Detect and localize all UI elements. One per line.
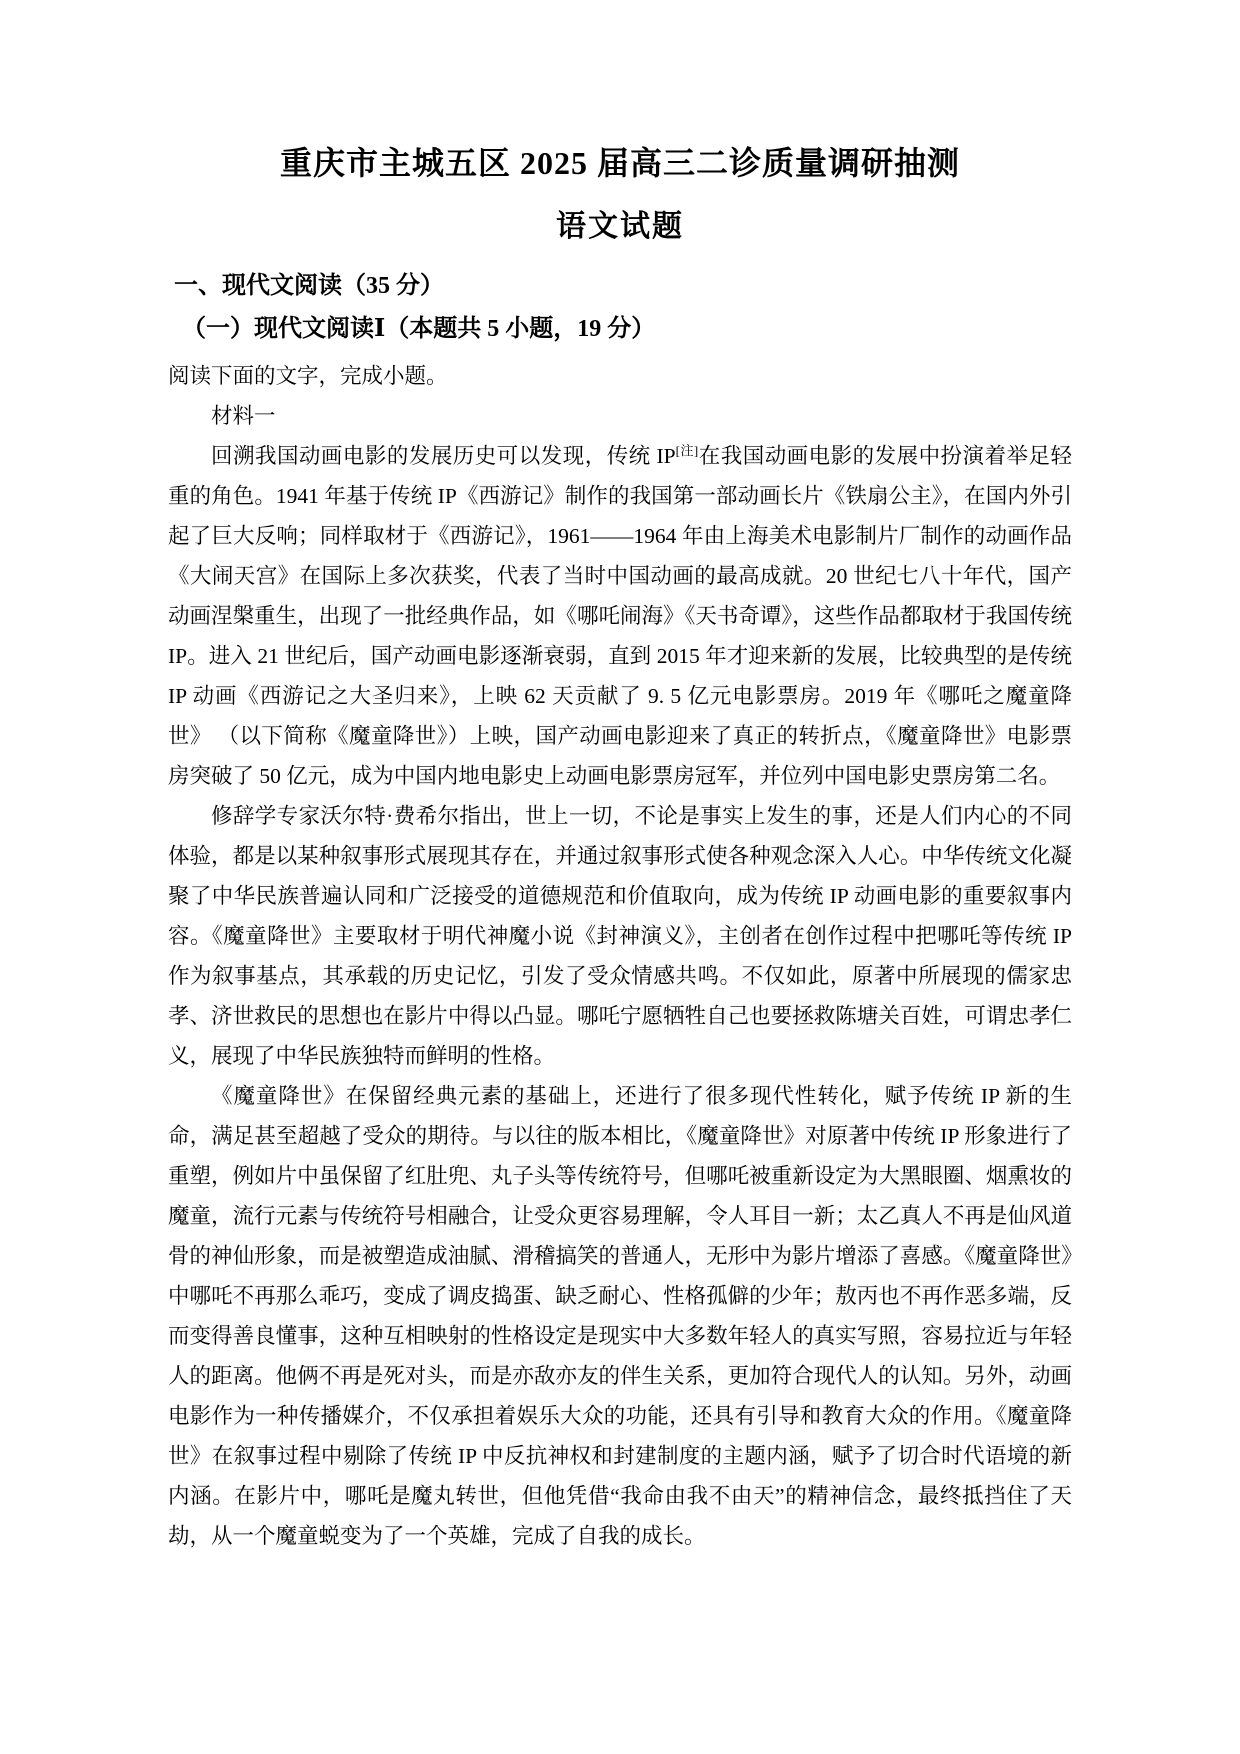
instruction-line: 阅读下面的文字，完成小题。 xyxy=(168,356,1072,396)
document-page: 重庆市主城五区 2025 届高三二诊质量调研抽测 语文试题 一、现代文阅读（35… xyxy=(0,0,1240,1754)
paragraph-1-text-after-note: 在我国动画电影的发展中扮演着举足轻重的角色。1941 年基于传统 IP《西游记》… xyxy=(168,444,1072,788)
paragraph-1: 回溯我国动画电影的发展历史可以发现，传统 IP[注]在我国动画电影的发展中扮演着… xyxy=(168,436,1072,796)
reading-passage: 阅读下面的文字，完成小题。 材料一 回溯我国动画电影的发展历史可以发现，传统 I… xyxy=(168,356,1072,1556)
paragraph-2: 修辞学专家沃尔特·费希尔指出，世上一切，不论是事实上发生的事，还是人们内心的不同… xyxy=(168,796,1072,1076)
footnote-marker: [注] xyxy=(676,442,699,457)
subsection-heading-reading-one: （一）现代文阅读Ⅰ（本题共 5 小题，19 分） xyxy=(168,314,1072,345)
paragraph-1-text-before-note: 回溯我国动画电影的发展历史可以发现，传统 IP xyxy=(211,444,676,468)
document-title: 重庆市主城五区 2025 届高三二诊质量调研抽测 xyxy=(168,142,1072,185)
section-heading-modern-reading: 一、现代文阅读（35 分） xyxy=(168,271,1072,302)
material-one-label: 材料一 xyxy=(168,396,1072,436)
paragraph-3: 《魔童降世》在保留经典元素的基础上，还进行了很多现代性转化，赋予传统 IP 新的… xyxy=(168,1076,1072,1556)
document-subtitle: 语文试题 xyxy=(168,201,1072,245)
